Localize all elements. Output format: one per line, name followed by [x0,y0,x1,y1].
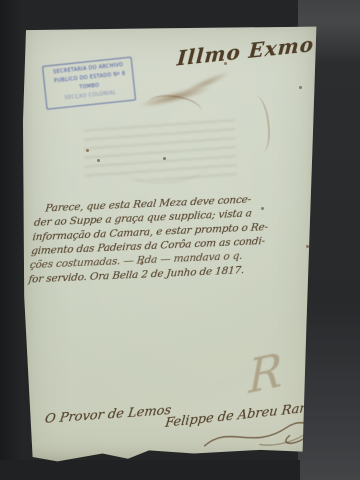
pen-flourish: R [248,342,282,404]
foxing-spot [224,62,227,65]
manuscript-text: Parece, que esta Real Meza deve conce- d… [28,191,284,286]
archive-stamp: SECRETARIA DO ARCHIVO PUBLICO DO ESTADO … [42,57,136,110]
signature-left: O Provor de Lemos [44,403,172,427]
foxing-spot [86,149,89,152]
signature-right: Felippe de Abreu Rangel [164,400,315,431]
ink-smudge [179,68,233,98]
foxing-spot [299,86,302,89]
header-inscription: Illmo Exmo Snr [176,31,317,70]
ink-stroke-stain [247,95,273,153]
foxing-spot [306,245,309,248]
backdrop-left-shadow [0,0,22,480]
foxing-spot [97,159,100,162]
document-page: Illmo Exmo Snr SECRETARIA DO ARCHIVO PUB… [20,24,320,464]
foxing-spot [163,157,166,160]
backdrop-bottom-shadow [0,460,300,480]
photo-backdrop: Illmo Exmo Snr SECRETARIA DO ARCHIVO PUB… [0,0,360,480]
